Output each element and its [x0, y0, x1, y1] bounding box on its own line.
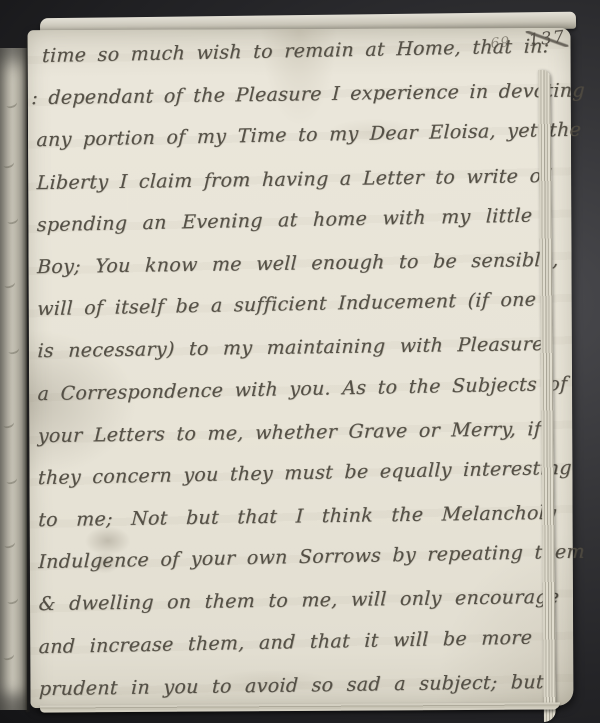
manuscript-photo: 69 137 time so much wish to remain at Ho…	[0, 0, 600, 723]
gutter-text-fragment	[2, 418, 15, 429]
handwritten-text-block: time so much wish to remain at Home, tha…	[36, 33, 560, 700]
manuscript-line: they concern you they must be equally in…	[37, 447, 559, 499]
manuscript-line: any portion of my Time to my Dear Eloisa…	[36, 109, 558, 161]
manuscript-line: will of itself be a sufficient Inducemen…	[37, 278, 559, 330]
gutter-text-fragment	[5, 474, 18, 485]
manuscript-page: 69 137 time so much wish to remain at Ho…	[28, 28, 574, 708]
gutter-text-fragment	[6, 594, 19, 605]
gutter-text-fragment	[3, 278, 16, 289]
gutter-text-fragment	[7, 344, 20, 355]
gutter-text-fragment	[2, 158, 15, 169]
gutter-text-fragment	[3, 538, 16, 549]
manuscript-line: spending an Evening at home with my litt…	[36, 194, 558, 246]
manuscript-line: Indulgence of your own Sorrows by repeat…	[38, 531, 560, 583]
manuscript-line: time so much wish to remain at Home, tha…	[35, 25, 557, 77]
gutter-text-fragment	[6, 214, 19, 225]
gutter-text-fragment	[2, 650, 15, 661]
facing-page-gutter-strip	[0, 48, 27, 710]
gutter-text-fragment	[5, 98, 18, 109]
